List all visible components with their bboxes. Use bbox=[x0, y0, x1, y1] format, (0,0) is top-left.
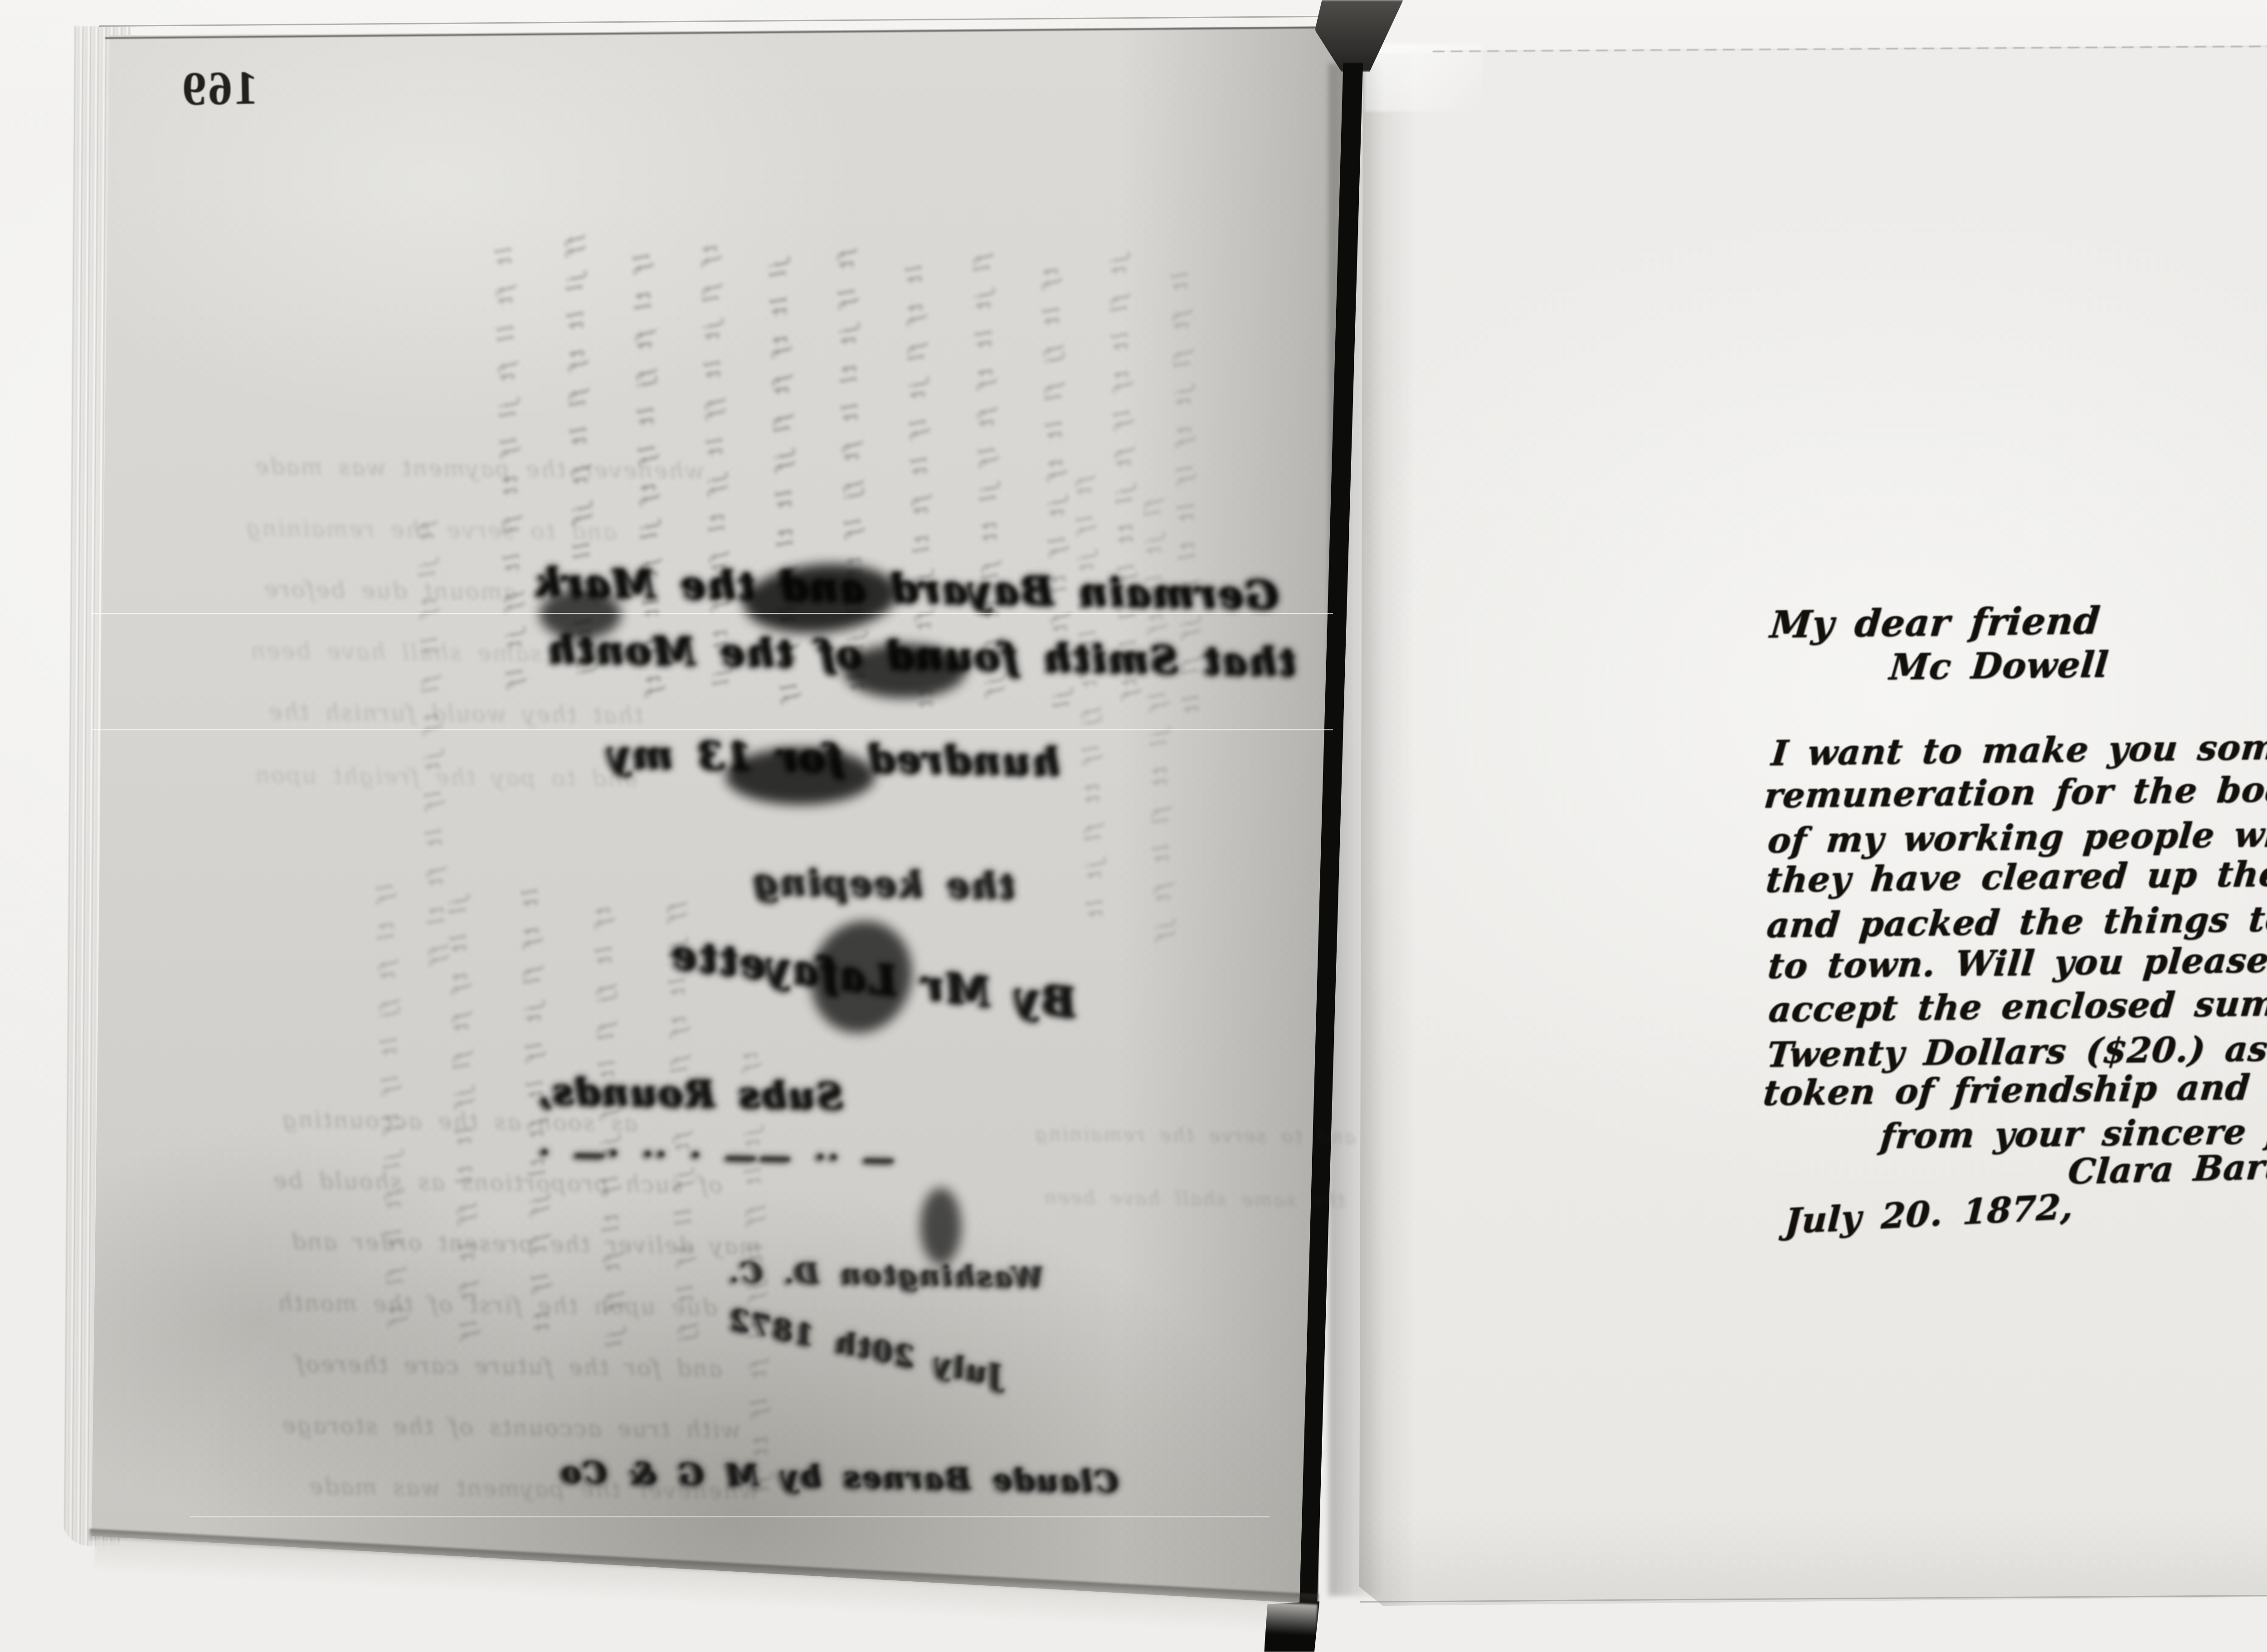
letter-salutation: My dear friend bbox=[1768, 599, 2102, 647]
ghost-line: due upon the first of the month bbox=[277, 1290, 717, 1321]
letter-line: token of friendship and esteem bbox=[1761, 1065, 2267, 1113]
smudge-line: Washington D. C. bbox=[727, 1255, 1044, 1294]
letter-line: of my working people while bbox=[1766, 813, 2267, 860]
scan-scratch-line bbox=[190, 1516, 1270, 1517]
letter-signature: Clara Barton bbox=[2067, 1145, 2267, 1192]
scan-scratch-line bbox=[91, 613, 1333, 614]
left-page-top-edge-outer bbox=[99, 15, 1342, 27]
letter-line: I want to make you some bbox=[1770, 727, 2267, 773]
letter-line: to town. Will you please bbox=[1766, 940, 2267, 986]
mirrored-page-number-169: 169 bbox=[180, 60, 258, 117]
smudge-line: — ·· —— · ·· ·— · bbox=[537, 1132, 895, 1177]
scan-scratch-line bbox=[91, 729, 1333, 730]
letter-line: and packed the things to send bbox=[1765, 897, 2267, 945]
letter-line: remuneration for the board bbox=[1762, 768, 2267, 816]
ink-smudge-blob bbox=[920, 1188, 961, 1265]
ghost-line: the same shall have been bbox=[1043, 1186, 1345, 1212]
book-scan: 169 lt ft ll ft jl lf tt fl lt ff jt lf … bbox=[0, 0, 2267, 1652]
ghost-line: and to pay the freight upon bbox=[254, 762, 637, 792]
letter-line: they have cleared up the house bbox=[1764, 852, 2267, 900]
ghost-line: and to serve the remaining bbox=[245, 515, 617, 545]
smudge-line: Subs Rounds, bbox=[537, 1069, 844, 1118]
ghost-line: may deliver the present order and bbox=[290, 1229, 761, 1260]
letter-addressee: Mc Dowell bbox=[1888, 644, 2110, 688]
ghost-line: with true accounts of the storage bbox=[281, 1412, 741, 1443]
ghost-line: that they would furnish the bbox=[268, 699, 643, 729]
ghost-line: whenever the payment was made bbox=[254, 453, 705, 484]
ghost-line: and for the future care thereof bbox=[295, 1351, 722, 1382]
smudge-line: the keeping bbox=[752, 861, 1016, 907]
smudge-line: hundred for 13 my bbox=[607, 731, 1061, 784]
ghost-line: and to serve the remaining bbox=[1034, 1122, 1356, 1148]
letter-line: accept the enclosed sum of bbox=[1767, 982, 2267, 1030]
